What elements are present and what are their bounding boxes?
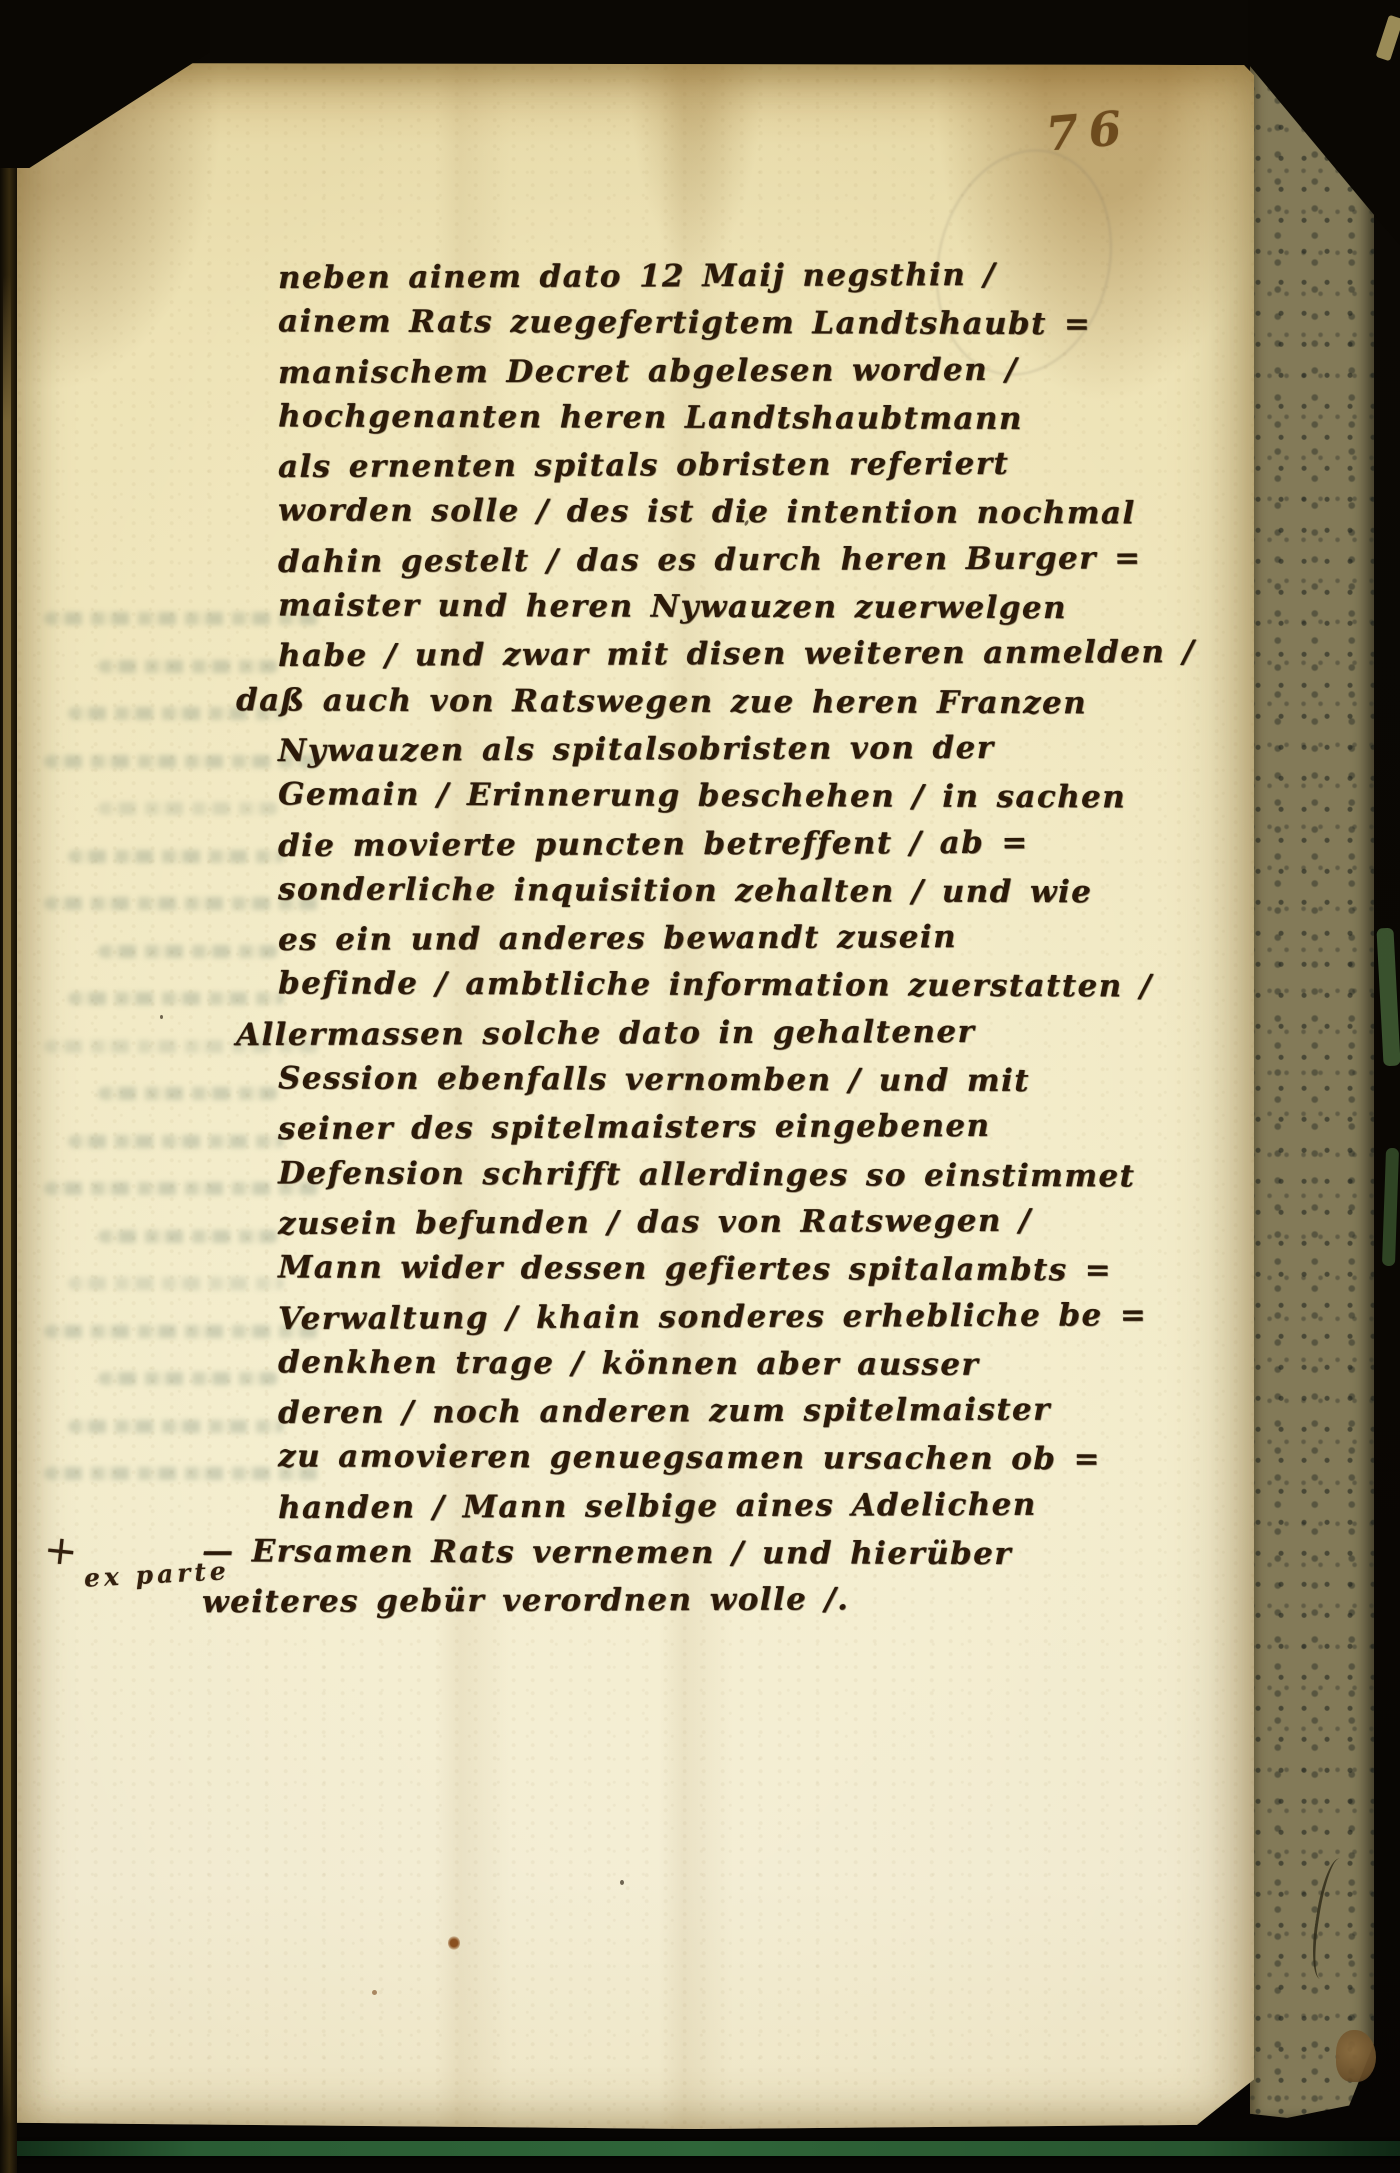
manuscript-line: seiner des spitelmaisters eingebenen [278,1107,1208,1158]
manuscript-line: manischem Decret abgelesen worden / [278,351,1208,402]
green-ribbon [1382,1148,1399,1266]
ghost-line [98,1230,278,1243]
manuscript-line: ainem Rats zuegefertigtem Landtshaubt = [278,304,1208,355]
manuscript-line: Session ebenfalls vernomben / und mit [278,1060,1208,1111]
cross-mark-icon: + [42,1526,80,1575]
ghost-line [98,802,278,815]
manuscript-line: deren / noch anderen zum spitelmaister [278,1391,1208,1442]
manuscript-line: denkhen trage / können aber ausser [278,1344,1208,1395]
facing-page-edge [3,275,11,2125]
manuscript-line: Nywauzen als spitalsobristen von der [278,729,1208,780]
ghost-line [98,945,278,958]
manuscript-line: Mann wider dessen gefiertes spitalambts … [278,1250,1208,1301]
manuscript-line: befinde / ambtliche information zuerstat… [278,966,1208,1017]
manuscript-text-block: neben ainem dato 12 Maij negsthin / aine… [278,258,1208,1630]
folio-number: 76 [1044,100,1134,162]
ghost-line [68,992,284,1005]
table-edge-stripe [0,2141,1400,2156]
manuscript-line: als ernenten spitals obristen referiert [278,445,1208,496]
ghost-line [68,1277,284,1290]
paper-speck [940,740,943,743]
manuscript-line: handen / Mann selbige aines Adelichen [278,1486,1208,1537]
paper-speck [620,1880,624,1885]
fore-edge-speckle-texture [1250,56,1374,2122]
green-ribbon [1376,928,1400,1067]
manuscript-line: habe / und zwar mit disen weiteren anmel… [278,634,1208,685]
manuscript-line: neben ainem dato 12 Maij negsthin / [278,256,1208,307]
ghost-line [68,1420,284,1433]
ghost-line [68,850,284,863]
manuscript-line: es ein und anderes bewandt zusein [278,918,1208,969]
ink-stain-small [372,1990,377,1995]
paper-speck [160,1015,163,1019]
ghost-line [98,1087,278,1100]
manuscript-line: die movierte puncten betreffent / ab = [278,824,1208,875]
manuscript-photo: 76 neben ainem dato 12 Maij negsthin / a… [0,0,1400,2173]
manuscript-line: worden solle / des ist die intention noc… [278,493,1208,544]
manuscript-line: Defension schrifft allerdinges so einsti… [278,1155,1208,1206]
manuscript-line: zusein befunden / das von Ratswegen / [278,1202,1208,1253]
manuscript-line: dahin gestelt / das es durch heren Burge… [278,540,1208,591]
edge-wax-blob [1336,2030,1376,2082]
manuscript-line: Gemain / Erinnerung beschehen / in sache… [278,777,1208,828]
manuscript-line: sonderliche inquisition zehalten / und w… [278,871,1208,922]
ghost-line [98,660,278,673]
ink-stain [448,1936,460,1950]
manuscript-line: Verwaltung / khain sonderes erhebliche b… [278,1297,1208,1348]
manuscript-line: daß auch von Ratswegen zue heren Franzen [236,682,1208,733]
ghost-line [68,1135,284,1148]
manuscript-line: weiteres gebür verordnen wolle /. [202,1580,1208,1632]
manuscript-line: hochgenanten heren Landtshaubtmann [278,398,1208,449]
manuscript-line: Allermassen solche dato in gehaltener [236,1013,1208,1065]
ghost-line [98,1372,278,1385]
manuscript-line: — Ersamen Rats vernemen / und hierüber [202,1533,1208,1584]
manuscript-line: maister und heren Nywauzen zuerwelgen [278,587,1208,638]
manuscript-line: zu amovieren genuegsamen ursachen ob = [278,1439,1208,1490]
book-fore-edge [1250,56,1374,2122]
